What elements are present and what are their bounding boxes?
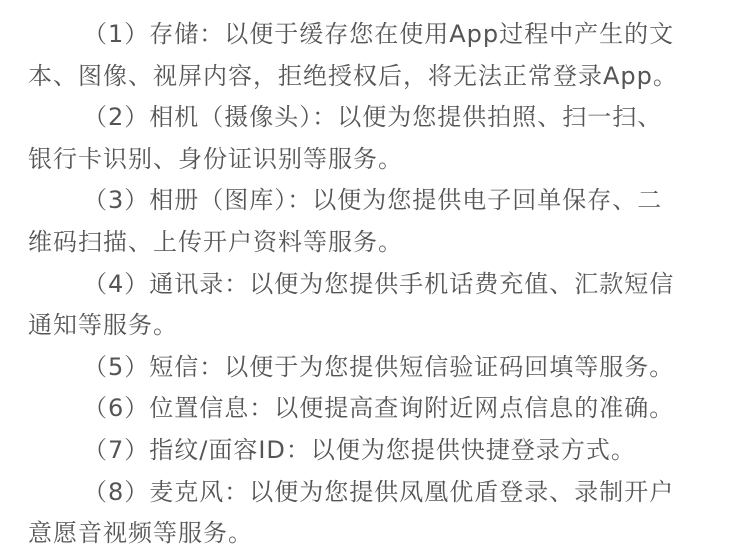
permission-item-storage: （1）存储：以便于缓存您在使用App过程中产生的文 本、图像、视屏内容，拒绝授权… <box>28 14 728 97</box>
permission-item-sms: （5）短信：以便于为您提供短信验证码回填等服务。 <box>28 347 728 389</box>
permission-text-line: 意愿音视频等服务。 <box>28 513 728 552</box>
permission-text-line: （3）相册（图库）：以便为您提供电子回单保存、二 <box>28 180 728 222</box>
permission-text-line: （2）相机（摄像头）：以便为您提供拍照、扫一扫、 <box>28 97 728 139</box>
permission-text-line: （4）通讯录：以便为您提供手机话费充值、汇款短信 <box>28 264 728 306</box>
permission-text-line: （1）存储：以便于缓存您在使用App过程中产生的文 <box>28 14 728 56</box>
permission-text-line: 本、图像、视屏内容，拒绝授权后，将无法正常登录App。 <box>28 56 728 98</box>
permission-item-album: （3）相册（图库）：以便为您提供电子回单保存、二 维码扫描、上传开户资料等服务。 <box>28 180 728 263</box>
permission-text-line: （8）麦克风：以便为您提供凤凰优盾登录、录制开户 <box>28 472 728 514</box>
permission-item-location: （6）位置信息：以便提高查询附近网点信息的准确。 <box>28 388 728 430</box>
permission-text-line: （6）位置信息：以便提高查询附近网点信息的准确。 <box>28 388 728 430</box>
permission-text-line: 银行卡识别、身份证识别等服务。 <box>28 139 728 181</box>
permission-text-line: 通知等服务。 <box>28 305 728 347</box>
permission-item-biometric: （7）指纹/面容ID：以便为您提供快捷登录方式。 <box>28 430 728 472</box>
permission-text-line: 维码扫描、上传开户资料等服务。 <box>28 222 728 264</box>
permission-text-line: （5）短信：以便于为您提供短信验证码回填等服务。 <box>28 347 728 389</box>
permission-item-microphone: （8）麦克风：以便为您提供凤凰优盾登录、录制开户 意愿音视频等服务。 <box>28 472 728 552</box>
permissions-document: （1）存储：以便于缓存您在使用App过程中产生的文 本、图像、视屏内容，拒绝授权… <box>28 14 728 552</box>
permission-item-contacts: （4）通讯录：以便为您提供手机话费充值、汇款短信 通知等服务。 <box>28 264 728 347</box>
permission-item-camera: （2）相机（摄像头）：以便为您提供拍照、扫一扫、 银行卡识别、身份证识别等服务。 <box>28 97 728 180</box>
permission-text-line: （7）指纹/面容ID：以便为您提供快捷登录方式。 <box>28 430 728 472</box>
